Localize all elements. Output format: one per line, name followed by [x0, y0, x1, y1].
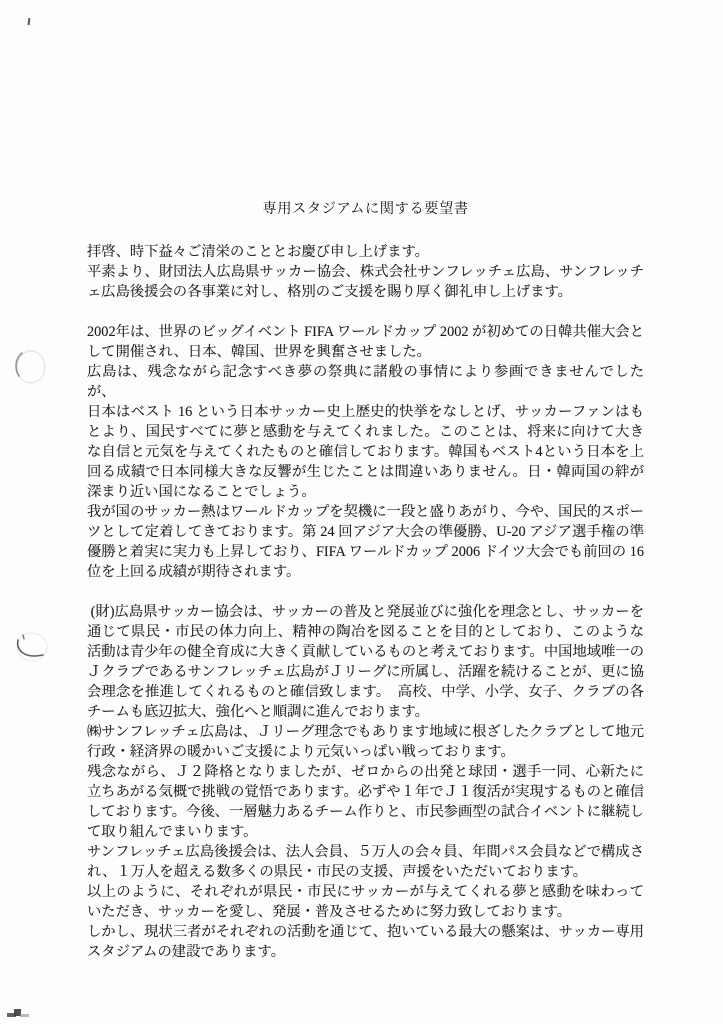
- paragraph: 以上のように、それぞれが県民・市民にサッカーが与えてくれる夢と感動を味わっていた…: [87, 882, 644, 922]
- paragraph: (財)広島県サッカー協会は、サッカーの普及と発展並びに強化を理念とし、サッカーを…: [87, 602, 644, 722]
- document-title: 専用スタジアムに関する要望書: [87, 199, 644, 219]
- paragraph: 広島は、残念ながら記念すべき夢の祭典に諸般の事情により参画できませんでしたが、: [87, 362, 644, 402]
- paragraph: 残念ながら、Ｊ２降格となりましたが、ゼロからの出発と球団・選手一同、心新たに立ち…: [87, 762, 644, 842]
- greeting-block: 拝啓、時下益々ご清栄のこととお慶び申し上げます。 平素より、財団法人広島県サッカ…: [87, 242, 644, 302]
- paragraph: ㈱サンフレッチェ広島は、Ｊリーグ理念でもあります地域に根ざしたクラブとして地元行…: [87, 722, 644, 762]
- paragraph: しかし、現状三者がそれぞれの活動を通じて、抱いている最大の懸案は、サッカー専用ス…: [87, 922, 644, 962]
- paragraph: 2002年は、世界のビッグイベント FIFA ワールドカップ 2002 が初めて…: [87, 322, 644, 362]
- paragraph: 拝啓、時下益々ご清栄のこととお慶び申し上げます。: [87, 242, 644, 262]
- paragraph: 日本はベスト 16 という日本サッカー史上歴史的快挙をなしとげ、サッカーファンは…: [87, 402, 644, 502]
- punch-hole-artifact-upper: [10, 344, 54, 392]
- paragraph: 平素より、財団法人広島県サッカー協会、株式会社サンフレッチェ広島、サンフレッチェ…: [87, 262, 644, 302]
- paragraph: サンフレッチェ広島後援会は、法人会員、５万人の会々員、年間パス会員などで構成され…: [87, 842, 644, 882]
- punch-hole-artifact-lower: [8, 628, 56, 674]
- three-organizations-block: (財)広島県サッカー協会は、サッカーの普及と発展並びに強化を理念とし、サッカーを…: [87, 602, 644, 962]
- scan-speck-artifact: [28, 18, 31, 25]
- paragraph: 我が国のサッカー熱はワールドカップを契機に一段と盛りあがり、今や、国民的スポーツ…: [87, 502, 644, 582]
- letter-body: 専用スタジアムに関する要望書 拝啓、時下益々ご清栄のこととお慶び申し上げます。 …: [87, 199, 644, 962]
- corner-smudge-artifact: [5, 1007, 39, 1023]
- scanned-letter-page: 専用スタジアムに関する要望書 拝啓、時下益々ご清栄のこととお慶び申し上げます。 …: [0, 0, 723, 1024]
- worldcup-2002-block: 2002年は、世界のビッグイベント FIFA ワールドカップ 2002 が初めて…: [87, 322, 644, 582]
